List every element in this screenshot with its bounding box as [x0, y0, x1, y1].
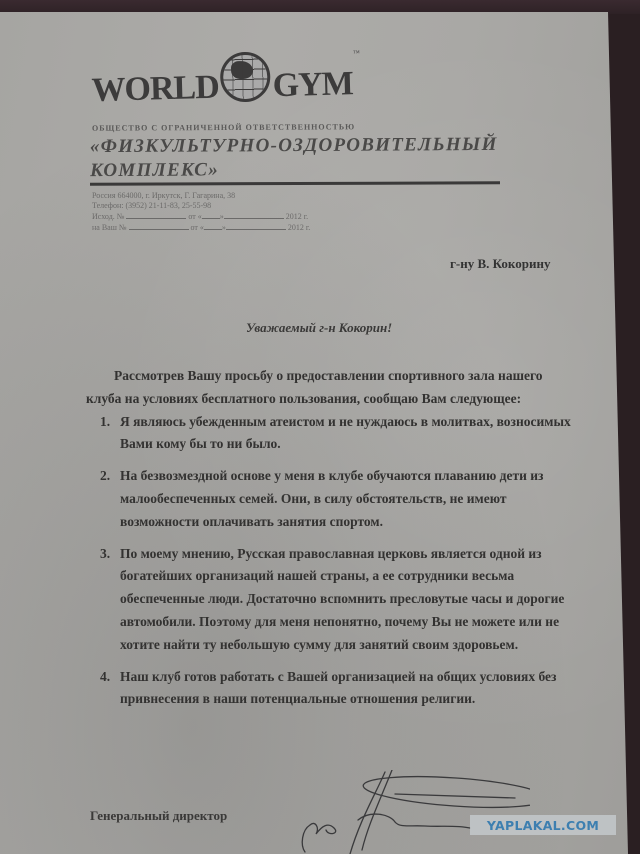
globe-icon: [220, 51, 271, 102]
org-name: «ФИЗКУЛЬТУРНО-ОЗДОРОВИТЕЛЬНЫЙ КОМПЛЕКС»: [90, 133, 510, 183]
blank-field: [126, 211, 186, 219]
item-text: Я являюсь убежденным атеистом и не нужда…: [120, 414, 571, 452]
org-legal-form: общество с ограниченной ответственностью: [92, 122, 355, 132]
watermark: YAPLAKAL.COM: [470, 815, 616, 835]
item-text: По моему мнению, Русская православная це…: [120, 546, 564, 652]
world-gym-logo: WORLD GYM ™: [91, 49, 361, 108]
points-list: 1.Я являюсь убежденным атеистом и не нуж…: [86, 411, 576, 712]
address-line: Россия 664000, г. Иркутск, Г. Гагарина, …: [92, 191, 310, 201]
blank-field: [224, 211, 284, 219]
incoming-label: на Ваш №: [92, 223, 127, 232]
list-item: 4.Наш клуб готов работать с Вашей органи…: [86, 666, 576, 712]
item-number: 4.: [100, 666, 110, 689]
incoming-number-line: на Ваш № от «» 2012 г.: [92, 222, 310, 233]
list-item: 1.Я являюсь убежденным атеистом и не нуж…: [86, 411, 576, 457]
letterhead-details: Россия 664000, г. Иркутск, Г. Гагарина, …: [92, 191, 310, 233]
signer-title: Генеральный директор: [90, 808, 227, 824]
outgoing-label: Исход. №: [92, 212, 124, 221]
signature-icon: [280, 770, 530, 854]
blank-field: [226, 222, 286, 230]
letter-body: Рассмотрев Вашу просьбу о предоставлении…: [86, 365, 576, 711]
photo-background: [0, 0, 640, 14]
list-item: 3.По моему мнению, Русская православная …: [86, 543, 576, 657]
item-text: Наш клуб готов работать с Вашей организа…: [120, 669, 556, 707]
trademark-mark: ™: [353, 49, 360, 57]
item-number: 2.: [100, 465, 110, 488]
phone-line: Телефон: (3952) 21-11-83, 25-55-98: [92, 201, 310, 211]
outgoing-number-line: Исход. № от «» 2012 г.: [92, 211, 310, 222]
logo-word-gym: GYM: [272, 67, 353, 103]
intro-paragraph: Рассмотрев Вашу просьбу о предоставлении…: [86, 365, 576, 411]
incoming-from: от «: [191, 223, 204, 232]
addressee: г-ну В. Кокорину: [450, 256, 550, 272]
item-number: 3.: [100, 543, 110, 566]
item-number: 1.: [100, 411, 110, 434]
blank-field: [202, 211, 220, 219]
logo-word-world: WORLD: [91, 71, 219, 108]
list-item: 2.На безвозмездной основе у меня в клубе…: [86, 465, 576, 533]
blank-field: [129, 222, 189, 230]
outgoing-year: 2012 г.: [286, 212, 308, 221]
incoming-year: 2012 г.: [288, 223, 310, 232]
item-text: На безвозмездной основе у меня в клубе о…: [120, 468, 543, 529]
salutation: Уважаемый г-н Кокорин!: [246, 320, 392, 336]
blank-field: [204, 222, 222, 230]
outgoing-from: от «: [188, 212, 201, 221]
